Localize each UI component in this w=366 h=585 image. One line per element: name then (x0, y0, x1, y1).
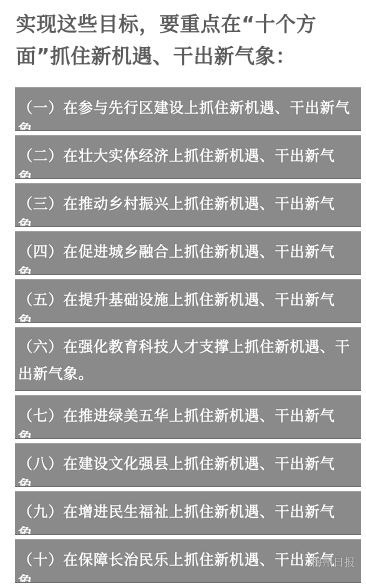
list-item: （十）在保障长治民乐上抓住新机遇、干出新气象。 梅州日报 (15, 539, 361, 583)
list-item-label: （一）在参与先行区建设上抓住新机遇、干出新气象。 (18, 101, 350, 131)
list-item-label: （五）在提升基础设施上抓住新机遇、干出新气象。 (18, 293, 335, 323)
list-item: （六）在强化教育科技人才支撑上抓住新机遇、干出新气象。 (15, 327, 361, 391)
list-item-label: （十）在保障长治民乐上抓住新机遇、干出新气象。 (18, 553, 335, 583)
list-item-label: （七）在推进绿美五华上抓住新机遇、干出新气象。 (18, 409, 335, 439)
list-item: （二）在壮大实体经济上抓住新机遇、干出新气象。 (15, 135, 361, 179)
list-item-label: （二）在壮大实体经济上抓住新机遇、干出新气象。 (18, 149, 335, 179)
list-item: （九）在增进民生福祉上抓住新机遇、干出新气象。 (15, 491, 361, 535)
list-item-label: （四）在促进城乡融合上抓住新机遇、干出新气象。 (18, 245, 335, 275)
list-item: （五）在提升基础设施上抓住新机遇、干出新气象。 (15, 279, 361, 323)
list-item-label: （九）在增进民生福祉上抓住新机遇、干出新气象。 (18, 505, 335, 535)
list-item: （三）在推动乡村振兴上抓住新机遇、干出新气象。 (15, 183, 361, 227)
watermark: 梅州日报 (311, 552, 355, 574)
list-item: （一）在参与先行区建设上抓住新机遇、干出新气象。 (15, 87, 361, 131)
list-item-label: （三）在推动乡村振兴上抓住新机遇、干出新气象。 (18, 197, 335, 227)
list-item-label: （八）在建设文化强县上抓住新机遇、干出新气象。 (18, 457, 335, 487)
focus-areas-list: （一）在参与先行区建设上抓住新机遇、干出新气象。 （二）在壮大实体经济上抓住新机… (15, 87, 361, 585)
list-item: （八）在建设文化强县上抓住新机遇、干出新气象。 (15, 443, 361, 487)
page-heading: 实现这些目标，要重点在“十个方面”抓住新机遇、干出新气象： (16, 8, 356, 72)
list-item-label: （六）在强化教育科技人才支撑上抓住新机遇、干出新气象。 (18, 340, 350, 383)
list-item: （七）在推进绿美五华上抓住新机遇、干出新气象。 (15, 395, 361, 439)
list-item: （四）在促进城乡融合上抓住新机遇、干出新气象。 (15, 231, 361, 275)
